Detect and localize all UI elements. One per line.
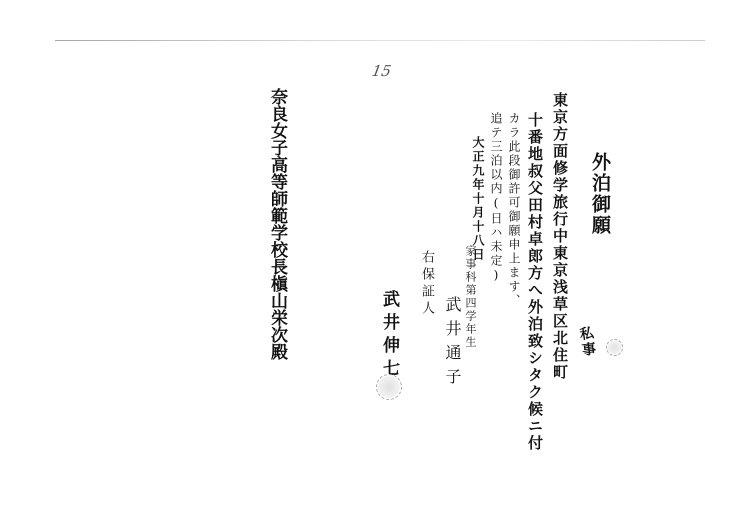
body-line-3: カラ此段御許可御願申上ます、 bbox=[508, 112, 520, 308]
guarantor-seal bbox=[376, 374, 402, 400]
date-line: 大正九年十月十八日 bbox=[472, 136, 484, 262]
guarantor-name: 武井伸七 bbox=[380, 290, 397, 382]
body-line-2: 十番地叔父田村卓郎方へ外泊致シタク候ニ付 bbox=[527, 112, 542, 452]
document-title: 外泊御願 bbox=[590, 152, 609, 236]
guarantor-label: 右保証人 bbox=[420, 250, 433, 318]
faint-seal bbox=[606, 339, 623, 356]
body-line-4: 追テ三泊以内(日ハ未定) bbox=[490, 112, 502, 284]
document-page: 15 外泊御願 東京方面修学旅行中東京浅草区北住町 十番地叔父田村卓郎方へ外泊致… bbox=[0, 0, 739, 518]
addressee: 奈良女子高等師範学校長槇山栄次殿 bbox=[268, 88, 285, 360]
private-matter-label: 私事 bbox=[578, 325, 596, 359]
body-line-1: 東京方面修学旅行中東京浅草区北住町 bbox=[552, 92, 567, 381]
student-name: 武井通子 bbox=[444, 296, 460, 392]
page-number: 15 bbox=[370, 62, 392, 80]
student-affiliation: 家事科第四学年生 bbox=[465, 245, 476, 349]
scan-edge-line bbox=[55, 40, 705, 41]
